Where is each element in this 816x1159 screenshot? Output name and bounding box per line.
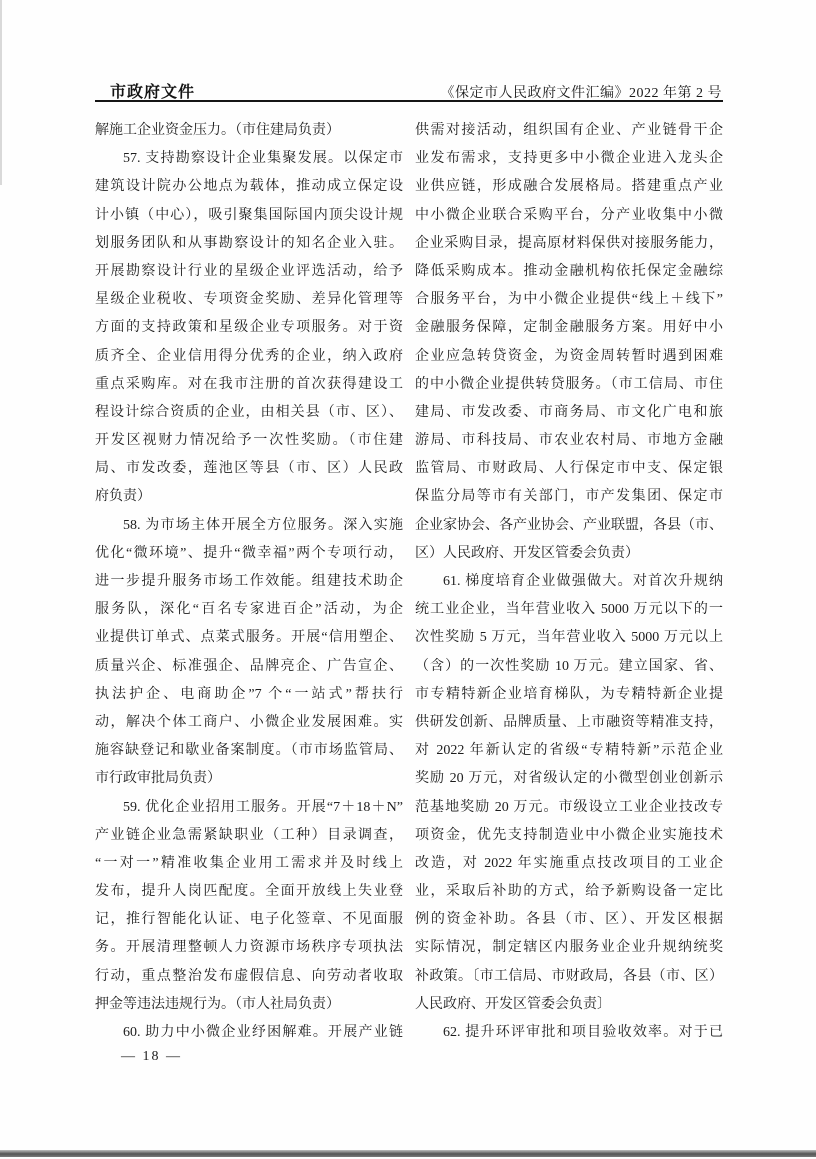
text-line: 合服务平台，为中小微企业提供“线上＋线下”	[415, 286, 723, 314]
text-line: 质量兴企、标准强企、品牌亮企、广告宣企、	[95, 653, 403, 681]
text-line: 业，采取后补助的方式，给予新购设备一定比	[415, 878, 723, 906]
text-line: 市行政审批局负责）	[95, 765, 403, 793]
text-line: 记，推行智能化认证、电子化签章、不见面服	[95, 906, 403, 934]
text-line: 业提供订单式、点菜式服务。开展“信用塑企、	[95, 624, 403, 652]
text-line: 改造，对 2022 年实施重点技改项目的工业企	[415, 850, 723, 878]
text-line: 59. 优化企业招用工服务。开展“7＋18＋N”	[95, 794, 403, 822]
text-line: 产业链企业急需紧缺职业（工种）目录调查，	[95, 822, 403, 850]
text-line: 开展勘察设计行业的星级企业评选活动，给予	[95, 258, 403, 286]
text-line: 保监分局等市有关部门，市产发集团、保定市	[415, 483, 723, 511]
page-number: — 18 —	[121, 1049, 182, 1065]
text-line: 金融服务保障，定制金融服务方案。用好中小	[415, 314, 723, 342]
text-line: 60. 助力中小微企业纾困解难。开展产业链	[95, 1019, 403, 1047]
header-divider	[95, 100, 723, 102]
text-line: 计小镇（中心），吸引聚集国际国内顶尖设计规	[95, 202, 403, 230]
text-line: “一对一”精准收集企业用工需求并及时线上	[95, 850, 403, 878]
text-line: 优化“微环境”、提升“微幸福”两个专项行动，	[95, 540, 403, 568]
text-line: 施容缺登记和歇业备案制度。（市市场监管局、	[95, 737, 403, 765]
text-line: 程设计综合资质的企业，由相关县（市、区）、	[95, 399, 403, 427]
text-line: 61. 梯度培育企业做强做大。对首次升规纳	[415, 568, 723, 596]
left-text-column: 解施工企业资金压力。（市住建局负责）57. 支持勘察设计企业集聚发展。以保定市建…	[95, 117, 403, 1047]
text-line: 押金等违法违规行为。（市人社局负责）	[95, 991, 403, 1019]
text-line: 发布，提升人岗匹配度。全面开放线上失业登	[95, 878, 403, 906]
text-line: 解施工企业资金压力。（市住建局负责）	[95, 117, 403, 145]
text-line: 开发区视财力情况给予一次性奖励。（市住建	[95, 427, 403, 455]
text-line: 人民政府、开发区管委会负责〕	[415, 991, 723, 1019]
text-line: 建局、市发改委、市商务局、市文化广电和旅	[415, 399, 723, 427]
text-line: 星级企业税收、专项资金奖励、差异化管理等	[95, 286, 403, 314]
text-line: 进一步提升服务市场工作效能。组建技术助企	[95, 568, 403, 596]
text-line: 行动，重点整治发布虚假信息、向劳动者收取	[95, 963, 403, 991]
text-line: 范基地奖励 20 万元。市级设立工业企业技改专	[415, 794, 723, 822]
text-line: 区）人民政府、开发区管委会负责）	[415, 540, 723, 568]
text-line: 奖励 20 万元，对省级认定的小微型创业创新示	[415, 765, 723, 793]
text-line: 次性奖励 5 万元，当年营业收入 5000 万元以上	[415, 624, 723, 652]
text-line: 服务队，深化“百名专家进百企”活动，为企	[95, 596, 403, 624]
scan-edge-artifact	[0, 0, 2, 185]
text-line: 业发布需求，支持更多中小微企业进入龙头企	[415, 145, 723, 173]
text-line: 统工业企业，当年营业收入 5000 万元以下的一	[415, 596, 723, 624]
body-text: 解施工企业资金压力。（市住建局负责）57. 支持勘察设计企业集聚发展。以保定市建…	[95, 117, 723, 1047]
text-line: 中小微企业联合采购平台，分产业收集中小微	[415, 202, 723, 230]
text-line: 58. 为市场主体开展全方位服务。深入实施	[95, 512, 403, 540]
text-line: 府负责）	[95, 483, 403, 511]
text-line: 动，解决个体工商户、小微企业发展困难。实	[95, 709, 403, 737]
text-line: 补政策。〔市工信局、市财政局，各县（市、区）	[415, 963, 723, 991]
text-line: 游局、市科技局、市农业农村局、市地方金融	[415, 427, 723, 455]
text-line: 质齐全、企业信用得分优秀的企业，纳入政府	[95, 343, 403, 371]
text-line: 重点采购库。对在我市注册的首次获得建设工	[95, 371, 403, 399]
text-line: （含）的一次性奖励 10 万元。建立国家、省、	[415, 653, 723, 681]
text-line: 项资金，优先支持制造业中小微企业实施技术	[415, 822, 723, 850]
text-line: 降低采购成本。推动金融机构依托保定金融综	[415, 258, 723, 286]
document-page: 市政府文件 《保定市人民政府文件汇编》2022 年第 2 号 解施工企业资金压力…	[0, 0, 816, 1159]
text-line: 市专精特新企业培育梯队，为专精特新企业提	[415, 681, 723, 709]
text-line: 业供应链，形成融合发展格局。搭建重点产业	[415, 173, 723, 201]
text-line: 供研发创新、品牌质量、上市融资等精准支持，	[415, 709, 723, 737]
text-line: 方面的支持政策和星级企业专项服务。对于资	[95, 314, 403, 342]
text-line: 监管局、市财政局、人行保定市中支、保定银	[415, 455, 723, 483]
text-line: 企业采购目录，提高原材料保供对接服务能力，	[415, 230, 723, 258]
text-line: 实际情况，制定辖区内服务业企业升规纳统奖	[415, 934, 723, 962]
header-doc-type: 市政府文件	[110, 79, 195, 102]
text-line: 例的资金补助。各县（市、区）、开发区根据	[415, 906, 723, 934]
text-line: 局、市发改委，莲池区等县（市、区）人民政	[95, 455, 403, 483]
text-line: 务。开展清理整顿人力资源市场秩序专项执法	[95, 934, 403, 962]
text-line: 企业家协会、各产业协会、产业联盟，各县（市、	[415, 512, 723, 540]
text-line: 企业应急转贷资金，为资金周转暂时遇到困难	[415, 343, 723, 371]
text-line: 57. 支持勘察设计企业集聚发展。以保定市	[95, 145, 403, 173]
text-line: 划服务团队和从事勘察设计的知名企业入驻。	[95, 230, 403, 258]
text-line: 建筑设计院办公地点为载体，推动成立保定设	[95, 173, 403, 201]
scan-bottom-edge-artifact	[0, 1150, 816, 1157]
text-line: 执法护企、电商助企”7 个“一站式”帮扶行	[95, 681, 403, 709]
text-line: 供需对接活动，组织国有企业、产业链骨干企	[415, 117, 723, 145]
text-line: 对 2022 年新认定的省级“专精特新”示范企业	[415, 737, 723, 765]
text-line: 的中小微企业提供转贷服务。（市工信局、市住	[415, 371, 723, 399]
right-text-column: 供需对接活动，组织国有企业、产业链骨干企业发布需求，支持更多中小微企业进入龙头企…	[415, 117, 723, 1047]
header-compilation-title: 《保定市人民政府文件汇编》2022 年第 2 号	[441, 82, 723, 102]
text-line: 62. 提升环评审批和项目验收效率。对于已	[415, 1019, 723, 1047]
